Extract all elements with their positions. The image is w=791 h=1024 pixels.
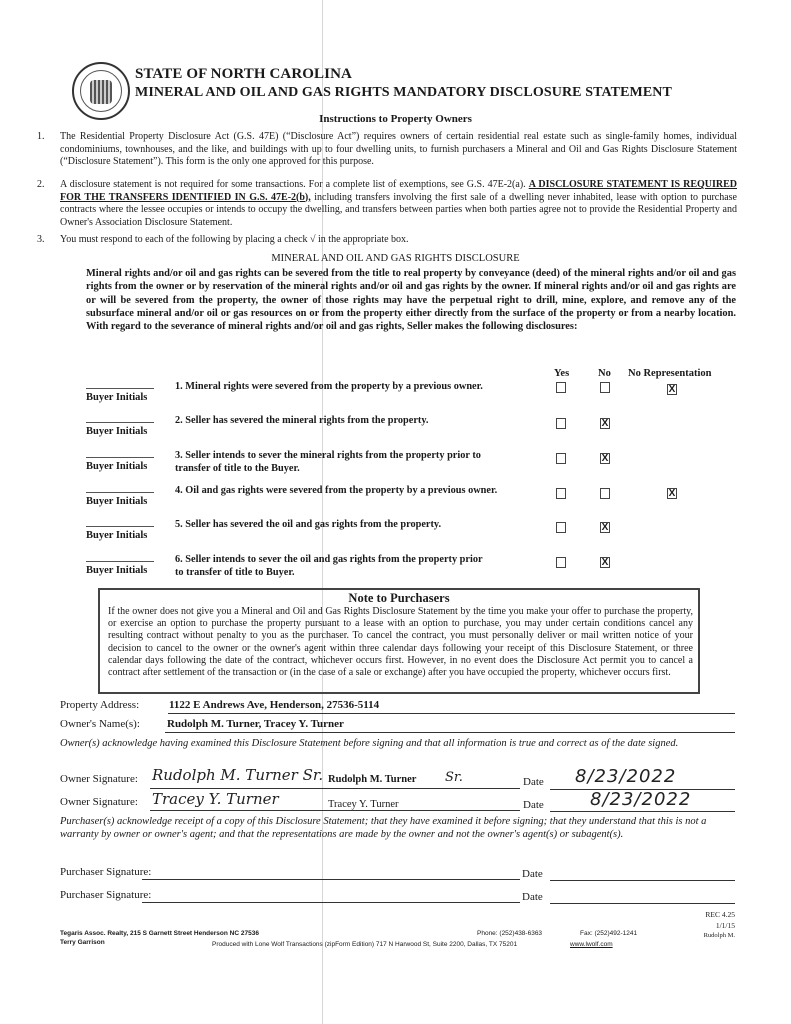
- disclosure-section-title: MINERAL AND OIL AND GAS RIGHTS DISCLOSUR…: [0, 253, 791, 264]
- property-address-label: Property Address:: [60, 699, 139, 711]
- buyer-initials-line[interactable]: [86, 422, 154, 423]
- buyer-initials-label: Buyer Initials: [86, 392, 147, 403]
- checkbox-yes[interactable]: [556, 557, 566, 568]
- owner-1-date[interactable]: 8/23/2022: [575, 766, 676, 787]
- checkbox-no[interactable]: X: [600, 522, 610, 533]
- website-link[interactable]: www.lwolf.com: [570, 941, 613, 948]
- owner-signature-2[interactable]: Tracey Y. Turner: [152, 790, 279, 808]
- checkbox-no[interactable]: X: [600, 418, 610, 429]
- column-yes: Yes: [554, 368, 569, 379]
- owner-2-date[interactable]: 8/23/2022: [590, 789, 691, 810]
- owner-2-date-label: Date: [523, 799, 544, 811]
- disclosure-question: 1. Mineral rights were severed from the …: [175, 380, 535, 393]
- instruction-3-number: 3.: [37, 234, 45, 247]
- form-date: 1/1/15: [690, 921, 735, 930]
- disclosure-question: 2. Seller has severed the mineral rights…: [175, 414, 535, 427]
- owner-1-printed-name: Rudolph M. Turner: [328, 774, 416, 785]
- purchaser-signature-2-label: Purchaser Signature:: [60, 889, 151, 901]
- purchaser-1-date-label: Date: [522, 868, 543, 880]
- checkbox-no[interactable]: [600, 382, 610, 393]
- buyer-initials-label: Buyer Initials: [86, 426, 147, 437]
- buyer-initials-label: Buyer Initials: [86, 565, 147, 576]
- purchaser-1-date-line[interactable]: [550, 880, 735, 881]
- owner-signature-2-label: Owner Signature:: [60, 796, 138, 808]
- checkbox-yes[interactable]: [556, 418, 566, 429]
- purchaser-signature-2-line[interactable]: [142, 902, 520, 903]
- note-title: Note to Purchasers: [100, 591, 698, 606]
- owner-1-suffix: Sr.: [445, 770, 463, 785]
- checkbox-no[interactable]: X: [600, 453, 610, 464]
- owner-signature-1-label: Owner Signature:: [60, 773, 138, 785]
- buyer-initials-line[interactable]: [86, 457, 154, 458]
- brokerage-info: Tegaris Assoc. Realty, 215 S Garnett Str…: [60, 930, 259, 937]
- property-address-line: [168, 713, 735, 714]
- owner-names-label: Owner's Name(s):: [60, 718, 140, 730]
- instruction-2-number: 2.: [37, 179, 45, 192]
- produced-with: Produced with Lone Wolf Transactions (zi…: [212, 941, 517, 948]
- purchaser-2-date-line[interactable]: [550, 903, 735, 904]
- property-address-value[interactable]: 1122 E Andrews Ave, Henderson, 27536-511…: [169, 699, 379, 711]
- phone: Phone: (252)438-6363: [477, 930, 542, 937]
- owner-names-line: [165, 732, 735, 733]
- owner-2-printed-name: Tracey Y. Turner: [328, 799, 399, 810]
- owner-1-date-label: Date: [523, 776, 544, 788]
- buyer-initials-line[interactable]: [86, 561, 154, 562]
- checkbox-yes[interactable]: [556, 382, 566, 393]
- buyer-initials-label: Buyer Initials: [86, 530, 147, 541]
- column-no-representation: No Representation: [628, 368, 712, 379]
- agent-name: Terry Garrison: [60, 939, 105, 946]
- note-to-purchasers-box: Note to Purchasers If the owner does not…: [98, 588, 700, 694]
- instruction-2-text-before: A disclosure statement is not required f…: [60, 179, 529, 190]
- owner-signature-2-line: [150, 810, 520, 811]
- form-code: REC 4.25: [690, 910, 735, 919]
- disclosure-question: 6. Seller intends to sever the oil and g…: [175, 553, 535, 566]
- disclosure-question: 4. Oil and gas rights were severed from …: [175, 484, 535, 497]
- form-title: MINERAL AND OIL AND GAS RIGHTS MANDATORY…: [135, 85, 672, 101]
- document-name: Rudolph M.: [680, 932, 735, 939]
- buyer-initials-label: Buyer Initials: [86, 461, 147, 472]
- checkbox-yes[interactable]: [556, 453, 566, 464]
- owner-names-value[interactable]: Rudolph M. Turner, Tracey Y. Turner: [167, 718, 344, 730]
- disclosure-question: 5. Seller has severed the oil and gas ri…: [175, 518, 535, 531]
- disclosure-question-cont: to transfer of title to Buyer.: [175, 566, 535, 579]
- checkbox-yes[interactable]: [556, 522, 566, 533]
- owner-signature-1[interactable]: Rudolph M. Turner Sr.: [152, 766, 323, 784]
- owner-acknowledgement: Owner(s) acknowledge having examined thi…: [60, 737, 737, 750]
- disclosure-question: 3. Seller intends to sever the mineral r…: [175, 449, 535, 462]
- state-title: STATE OF NORTH CAROLINA: [135, 66, 352, 83]
- purchaser-2-date-label: Date: [522, 891, 543, 903]
- checkbox-no[interactable]: [600, 488, 610, 499]
- instructions-title: Instructions to Property Owners: [0, 113, 791, 125]
- instruction-1-number: 1.: [37, 131, 45, 144]
- buyer-initials-line[interactable]: [86, 388, 154, 389]
- owner-signature-1-line: [150, 788, 520, 789]
- disclosure-question-cont: transfer of title to the Buyer.: [175, 462, 535, 475]
- note-body: If the owner does not give you a Mineral…: [108, 606, 693, 679]
- owner-2-date-line: [550, 811, 735, 812]
- purchaser-signature-1-label: Purchaser Signature:: [60, 866, 151, 878]
- checkbox-yes[interactable]: [556, 488, 566, 499]
- buyer-initials-line[interactable]: [86, 492, 154, 493]
- checkbox-no-representation[interactable]: X: [667, 488, 677, 499]
- instruction-1-text: The Residential Property Disclosure Act …: [60, 131, 737, 169]
- nc-state-seal-icon: [72, 62, 130, 120]
- disclosure-intro: Mineral rights and/or oil and gas rights…: [86, 267, 736, 333]
- buyer-initials-label: Buyer Initials: [86, 496, 147, 507]
- purchaser-acknowledgement: Purchaser(s) acknowledge receipt of a co…: [60, 815, 737, 841]
- fax: Fax: (252)492-1241: [580, 930, 637, 937]
- checkbox-no[interactable]: X: [600, 557, 610, 568]
- column-no: No: [598, 368, 611, 379]
- instruction-2-text: A disclosure statement is not required f…: [60, 179, 737, 229]
- purchaser-signature-1-line[interactable]: [142, 879, 520, 880]
- buyer-initials-line[interactable]: [86, 526, 154, 527]
- instruction-3-text: You must respond to each of the followin…: [60, 234, 737, 247]
- checkbox-no-representation[interactable]: X: [667, 384, 677, 395]
